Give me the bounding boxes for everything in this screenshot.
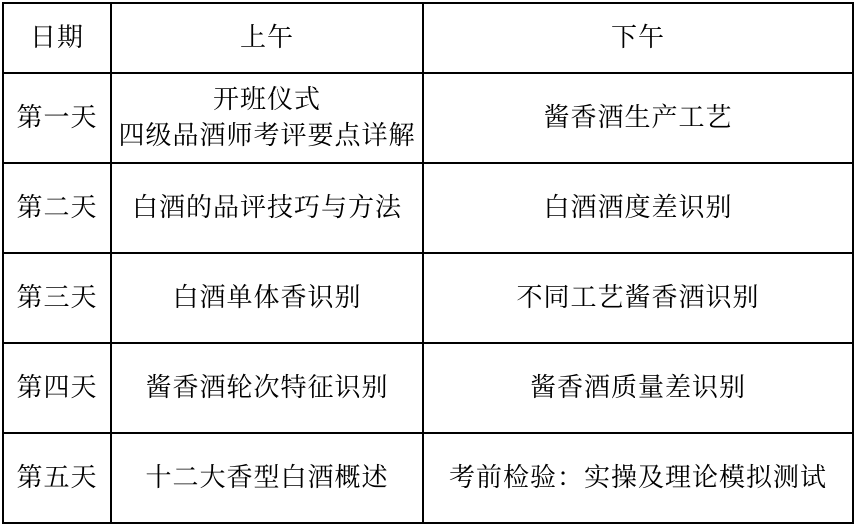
date-header-cell: 日期 — [3, 3, 111, 73]
morning-cell: 十二大香型白酒概述 — [111, 433, 423, 523]
afternoon-cell: 考前检验：实操及理论模拟测试 — [423, 433, 853, 523]
day-cell: 第二天 — [3, 163, 111, 253]
morning-cell: 白酒单体香识别 — [111, 253, 423, 343]
table-row-day3: 第三天 白酒单体香识别 不同工艺酱香酒识别 — [3, 253, 853, 343]
morning-cell: 酱香酒轮次特征识别 — [111, 343, 423, 433]
table-row-day2: 第二天 白酒的品评技巧与方法 白酒酒度差识别 — [3, 163, 853, 253]
table-row-day1: 第一天 开班仪式 四级品酒师考评要点详解 酱香酒生产工艺 — [3, 73, 853, 163]
day-cell: 第三天 — [3, 253, 111, 343]
afternoon-header-cell: 下午 — [423, 3, 853, 73]
afternoon-cell: 不同工艺酱香酒识别 — [423, 253, 853, 343]
day-cell: 第一天 — [3, 73, 111, 163]
morning-header-cell: 上午 — [111, 3, 423, 73]
table-header-row: 日期 上午 下午 — [3, 3, 853, 73]
morning-cell: 开班仪式 四级品酒师考评要点详解 — [111, 73, 423, 163]
day-cell: 第五天 — [3, 433, 111, 523]
page-background: 日期 上午 下午 第一天 开班仪式 四级品酒师考评要点详解 酱香酒生产工艺 第二… — [0, 0, 856, 531]
table-row-day5: 第五天 十二大香型白酒概述 考前检验：实操及理论模拟测试 — [3, 433, 853, 523]
afternoon-cell: 酱香酒质量差识别 — [423, 343, 853, 433]
morning-cell: 白酒的品评技巧与方法 — [111, 163, 423, 253]
table-row-day4: 第四天 酱香酒轮次特征识别 酱香酒质量差识别 — [3, 343, 853, 433]
day-cell: 第四天 — [3, 343, 111, 433]
training-schedule-table: 日期 上午 下午 第一天 开班仪式 四级品酒师考评要点详解 酱香酒生产工艺 第二… — [2, 2, 854, 524]
afternoon-cell: 白酒酒度差识别 — [423, 163, 853, 253]
afternoon-cell: 酱香酒生产工艺 — [423, 73, 853, 163]
